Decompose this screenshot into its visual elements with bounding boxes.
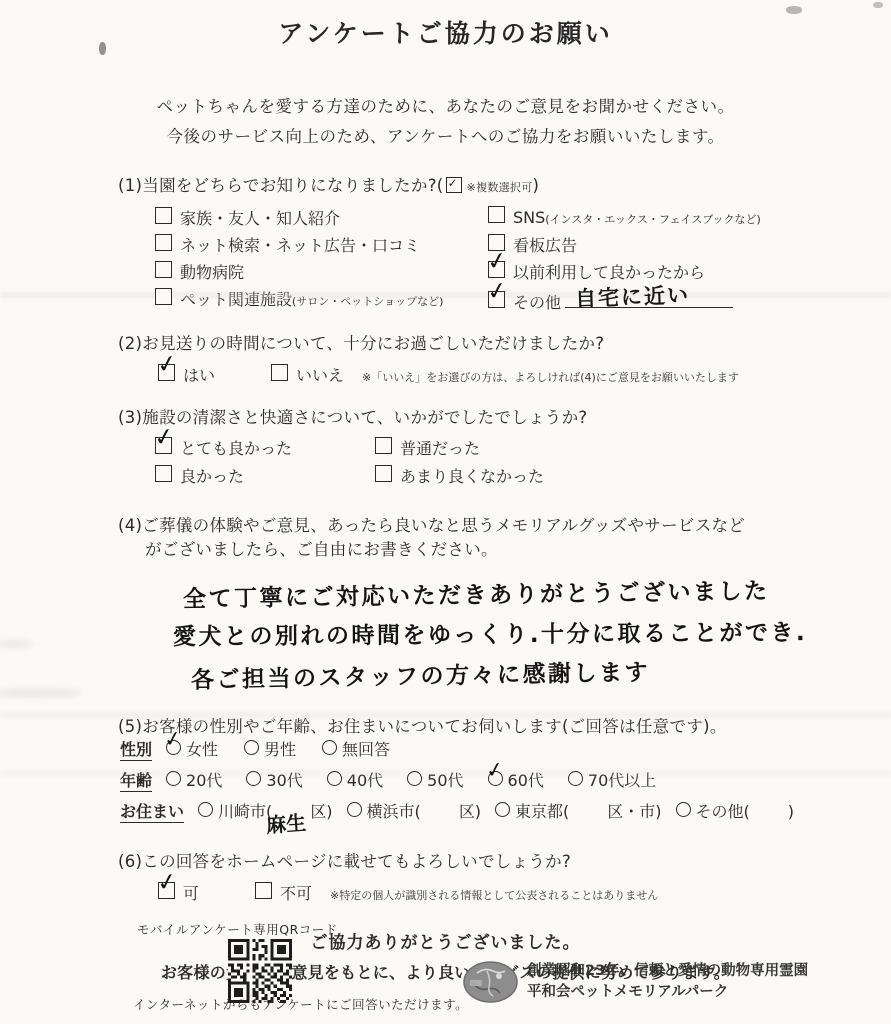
option-signboard-ad: 看板広告: [488, 233, 761, 260]
scan-band: [0, 712, 891, 718]
checkbox[interactable]: [375, 437, 392, 454]
other-fill-field[interactable]: 自宅に近い: [565, 287, 733, 308]
option-very-good: とても良かった: [155, 436, 375, 464]
scan-speck: [786, 6, 802, 14]
scan-smudge: [0, 688, 82, 698]
free-comment-field[interactable]: 全て丁寧にご対応いただきありがとうございました 愛犬との別れの時間をゆっくり.十…: [118, 575, 871, 695]
company-logo-block: 創業昭和23年、信頼と愛情の動物専用霊園 平和会ペットメモリアルパーク: [463, 961, 808, 1003]
radio-button[interactable]: [407, 771, 422, 786]
option-tokyo: 東京都(区・市): [495, 799, 662, 822]
checkbox[interactable]: [375, 465, 392, 482]
checkbox[interactable]: [488, 234, 505, 251]
company-text: 創業昭和23年、信頼と愛情の動物専用霊園 平和会ペットメモリアルパーク: [527, 961, 808, 1003]
handwritten-ward: 麻生: [265, 807, 307, 839]
option-not-good: あまり良くなかった: [375, 464, 871, 492]
handwritten-comment-line: 各ご担当のスタッフの方々に感謝します: [173, 649, 872, 701]
checkbox[interactable]: [155, 234, 172, 251]
question-4: (4)ご葬儀の体験やご意見、あったら良いなと思うメモリアルグッズやサービスなど …: [0, 512, 891, 695]
question-3-options: とても良かった 普通だった 良かった あまり良くなかった: [118, 436, 871, 492]
company-name: 平和会ペットメモリアルパーク: [527, 982, 808, 1003]
radio-button[interactable]: [244, 740, 259, 755]
question-6: (6)この回答をホームページに載せてもよろしいでしょうか? 可 不可 ※特定の個…: [0, 848, 891, 904]
checkbox[interactable]: [488, 291, 505, 308]
radio-button[interactable]: [327, 771, 342, 786]
option-animal-hospital: 動物病院: [155, 260, 488, 287]
question-2-note: ※「いいえ」をお選びの方は、よろしければ(4)にご意見をお願いいたします: [362, 369, 739, 385]
question-6-title: (6)この回答をホームページに載せてもよろしいでしょうか?: [118, 848, 871, 872]
radio-button[interactable]: [198, 802, 213, 817]
radio-button[interactable]: [166, 771, 181, 786]
gender-row: 性別 女性 男性 無回答: [118, 737, 871, 768]
residence-row: お住まい 川崎市(麻生区) 横浜市(区) 東京都(区・市) その他(): [118, 799, 871, 830]
check-mark-icon: [154, 425, 176, 451]
qr-label: モバイルアンケート専用QRコード: [137, 920, 338, 938]
question-6-answers: 可 不可 ※特定の個人が識別される情報として公表されることはありません: [118, 881, 871, 904]
page-title: アンケートご協力のお願い: [0, 0, 891, 50]
radio-button[interactable]: [676, 802, 691, 817]
checkbox[interactable]: [155, 437, 172, 454]
checkbox[interactable]: [155, 207, 172, 224]
handwritten-other-answer: 自宅に近い: [575, 279, 691, 313]
checkbox[interactable]: [155, 465, 172, 482]
option-good: 良かった: [155, 464, 375, 492]
checkbox[interactable]: [488, 261, 505, 278]
radio-button[interactable]: [246, 771, 261, 786]
option-no-answer: 無回答: [322, 737, 390, 760]
checked-box-icon: [446, 177, 462, 193]
radio-button[interactable]: [488, 771, 503, 786]
intro-line-1: ペットちゃんを愛する方達のために、あなたのご意見をお聞かせください。: [0, 92, 891, 122]
checkbox[interactable]: [155, 288, 172, 305]
closing-line-1: ご協力ありがとうございました。: [0, 928, 891, 953]
option-male: 男性: [244, 737, 296, 760]
checkbox[interactable]: [488, 206, 505, 223]
residence-label: お住まい: [120, 799, 184, 823]
question-4-title-line2: がございましたら、ご自由にお書きください。: [118, 536, 871, 563]
option-female: 女性: [166, 737, 218, 760]
checkbox[interactable]: [158, 882, 175, 899]
radio-button[interactable]: [495, 802, 510, 817]
question-1-title: (1)当園をどちらでお知りになりましたか?(※複数選択可): [118, 172, 871, 196]
option-no: いいえ: [271, 363, 344, 386]
intro-line-2: 今後のサービス向上のため、アンケートへのご協力をお願いいたします。: [0, 122, 891, 152]
survey-scan-page: アンケートご協力のお願い ペットちゃんを愛する方達のために、あなたのご意見をお聞…: [0, 0, 891, 1024]
checkbox[interactable]: [255, 882, 272, 899]
question-6-note: ※特定の個人が識別される情報として公表されることはありません: [330, 887, 658, 903]
check-mark-icon: [157, 352, 179, 378]
company-logo-icon: [463, 961, 518, 1003]
option-yes: はい: [158, 363, 215, 386]
scan-speck: [873, 2, 883, 8]
company-tagline: 創業昭和23年、信頼と愛情の動物専用霊園: [527, 961, 808, 982]
gender-label: 性別: [120, 737, 152, 761]
option-yokohama: 横浜市(区): [347, 799, 482, 822]
question-3: (3)施設の清潔さと快適さについて、いかがでしたでしょうか? とても良かった 普…: [0, 404, 891, 492]
radio-button[interactable]: [568, 771, 583, 786]
radio-button[interactable]: [166, 740, 181, 755]
option-allowed: 可: [158, 881, 199, 904]
question-2-title: (2)お見送りの時間について、十分にお過ごしいただけましたか?: [118, 330, 871, 354]
option-not-allowed: 不可: [255, 881, 312, 904]
question-3-title: (3)施設の清潔さと快適さについて、いかがでしたでしょうか?: [118, 404, 871, 428]
option-net-search: ネット検索・ネット広告・口コミ: [155, 233, 488, 260]
question-4-title-line1: (4)ご葬儀の体験やご意見、あったら良いなと思うメモリアルグッズやサービスなど: [118, 512, 871, 536]
qr-caption: インターネットからもアンケートにご回答いただけます。: [133, 995, 468, 1013]
option-kawasaki: 川崎市(麻生区): [198, 799, 333, 822]
question-2: (2)お見送りの時間について、十分にお過ごしいただけましたか? はい いいえ ※…: [0, 330, 891, 386]
qr-code-icon: [228, 939, 292, 1003]
scan-band: [0, 292, 891, 298]
question-2-answers: はい いいえ ※「いいえ」をお選びの方は、よろしければ(4)にご意見をお願いいた…: [118, 363, 871, 386]
checkbox[interactable]: [158, 364, 175, 381]
option-family-referral: 家族・友人・知人紹介: [155, 206, 488, 233]
radio-button[interactable]: [322, 740, 337, 755]
check-mark-icon: [157, 870, 179, 896]
intro-text: ペットちゃんを愛する方達のために、あなたのご意見をお聞かせください。 今後のサー…: [0, 92, 891, 152]
scan-band: [0, 770, 891, 776]
radio-button[interactable]: [347, 802, 362, 817]
checkbox[interactable]: [271, 364, 288, 381]
option-other-residence: その他(): [676, 799, 795, 822]
option-sns: SNS (インスタ・エックス・フェイスブックなど): [488, 206, 761, 233]
scan-speck: [99, 42, 106, 55]
checkbox[interactable]: [155, 261, 172, 278]
option-normal: 普通だった: [375, 436, 871, 464]
